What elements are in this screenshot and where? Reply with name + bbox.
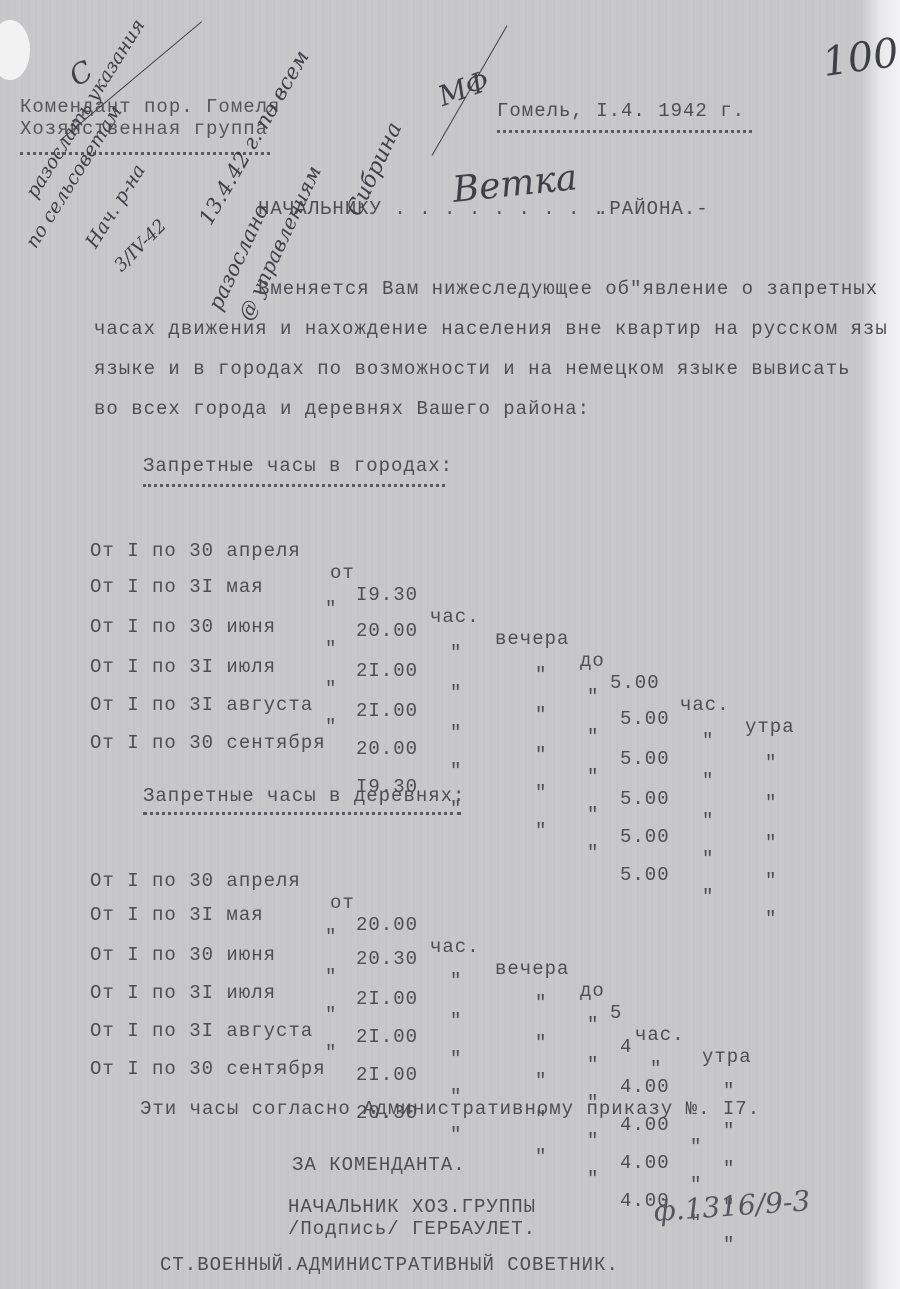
cell-from: от <box>330 892 355 914</box>
cell-morning: " <box>723 1158 735 1180</box>
cell-evening: " <box>535 704 547 726</box>
cell-end: 5.00 <box>620 826 670 848</box>
cell-to: " <box>587 1130 599 1152</box>
place-date: Гомель, I.4. 1942 г. <box>497 100 745 122</box>
cell-end: 5.00 <box>620 708 670 730</box>
cell-evening: " <box>535 744 547 766</box>
cell-start: 20.30 <box>356 948 418 970</box>
villages-heading: Запретные часы в деревнях: <box>143 785 465 807</box>
cell-evening: вечера <box>495 958 569 980</box>
cell-from: " <box>325 1042 337 1064</box>
cell-unit: " <box>450 722 462 744</box>
cell-from: от <box>330 562 355 584</box>
cell-from: " <box>325 716 337 738</box>
intro-line-1: Вменяется Вам нижеследующее об"явление о… <box>258 278 878 300</box>
cell-unit2: " <box>702 848 714 870</box>
cell-end: 5.00 <box>620 788 670 810</box>
cell-evening: " <box>535 664 547 686</box>
signature-line: /Подпись/ ГЕРБАУЛЕТ. <box>288 1218 536 1240</box>
chief-title: НАЧАЛЬНИК ХОЗ.ГРУППЫ <box>288 1196 536 1218</box>
cell-unit: " <box>450 642 462 664</box>
cell-unit: час. <box>430 606 480 628</box>
villages-heading-underline <box>143 812 461 815</box>
initials: МФ <box>434 64 494 113</box>
sender-line-1: Комендант пор. Гомеля <box>20 96 280 118</box>
cell-to: " <box>587 804 599 826</box>
cell-start: 2I.00 <box>356 660 418 682</box>
cell-unit2: час. <box>635 1024 685 1046</box>
cell-evening: вечера <box>495 628 569 650</box>
resolution-date: 3/IV-42 <box>110 215 171 276</box>
cell-start: 20.00 <box>356 914 418 936</box>
cell-start: I9.30 <box>356 584 418 606</box>
cell-unit2: " <box>702 886 714 908</box>
addressee-suffix: .РАЙОНА.- <box>597 198 709 220</box>
cell-unit: " <box>450 1048 462 1070</box>
cell-evening: " <box>535 992 547 1014</box>
cell-unit2: " <box>702 810 714 832</box>
cell-evening: " <box>535 1032 547 1054</box>
cell-morning: " <box>723 1120 735 1142</box>
cell-to: " <box>587 1014 599 1036</box>
cell-morning: утра <box>745 716 795 738</box>
cell-unit2: " <box>702 770 714 792</box>
cell-to: до <box>580 650 605 672</box>
cell-unit2: " <box>702 730 714 752</box>
cell-evening: " <box>535 782 547 804</box>
cell-to: " <box>587 1168 599 1190</box>
cell-unit: " <box>450 682 462 704</box>
intro-line-4: во всех города и деревнях Вашего района: <box>94 398 590 420</box>
date-underline <box>497 130 752 133</box>
cell-unit2: " <box>690 1136 702 1158</box>
cities-heading-underline <box>143 484 445 487</box>
cell-morning: " <box>723 1234 735 1256</box>
cell-start: 20.00 <box>356 620 418 642</box>
cell-unit: " <box>450 760 462 782</box>
cell-to: " <box>587 726 599 748</box>
official-title: СТ.ВОЕННЫЙ.АДМИНИСТРАТИВНЫЙ СОВЕТНИК. <box>160 1254 619 1276</box>
cell-end: 5 <box>610 1002 622 1024</box>
cell-unit: " <box>450 1010 462 1032</box>
cell-morning: утра <box>702 1046 752 1068</box>
cell-unit2: час. <box>680 694 730 716</box>
cell-period: От I по 30 сентября <box>90 1058 326 1080</box>
cell-start: 2I.00 <box>356 1064 418 1086</box>
cell-morning: " <box>765 832 777 854</box>
cell-from: " <box>325 638 337 660</box>
cell-morning: " <box>765 792 777 814</box>
cell-unit: час. <box>430 936 480 958</box>
cell-to: " <box>587 766 599 788</box>
cell-from: " <box>325 966 337 988</box>
cell-from: " <box>325 1004 337 1026</box>
archive-reference: ф.1316/9-3 <box>653 1184 812 1228</box>
cell-start: 2I.00 <box>356 700 418 722</box>
cell-unit: " <box>450 970 462 992</box>
page-number: 100 <box>820 30 900 86</box>
cell-evening: " <box>535 1070 547 1092</box>
intro-line-3: языке и в городах по возможности и на не… <box>94 358 851 380</box>
cell-end: 4.00 <box>620 1152 670 1174</box>
order-note: Эти часы согласно Административному прик… <box>140 1098 760 1120</box>
cell-from: " <box>325 598 337 620</box>
cell-start: 20.00 <box>356 738 418 760</box>
cell-to: " <box>587 1054 599 1076</box>
cities-heading: Запретные часы в городах: <box>143 455 453 477</box>
cell-start: 2I.00 <box>356 988 418 1010</box>
cell-end: 5.00 <box>620 864 670 886</box>
cell-to: " <box>587 686 599 708</box>
cell-from: " <box>325 678 337 700</box>
cell-end: 5.00 <box>610 672 660 694</box>
cell-evening: " <box>535 1146 547 1168</box>
cell-start: 2I.00 <box>356 1026 418 1048</box>
cell-period: От I по 30 сентября <box>90 732 326 754</box>
cell-end: 5.00 <box>620 748 670 770</box>
cell-morning: " <box>765 752 777 774</box>
document-page: 100 Комендант пор. Гомеля Хозяйственная … <box>0 0 900 1289</box>
cell-unit: " <box>450 1124 462 1146</box>
for-commandant: ЗА КОМЕНДАНТА. <box>292 1154 466 1176</box>
cell-to: " <box>587 842 599 864</box>
paper-blot <box>0 20 30 80</box>
cell-morning: " <box>765 870 777 892</box>
cell-morning: " <box>765 908 777 930</box>
cell-to: до <box>580 980 605 1002</box>
intro-line-2: часах движения и нахождение населения вн… <box>94 318 888 340</box>
cell-evening: " <box>535 820 547 842</box>
table-row: От I по 30 сентября 20.30 " " " 4.00 " " <box>90 1036 164 1278</box>
cell-end: 4.00 <box>620 1076 670 1098</box>
cell-end: 4 <box>620 1036 632 1058</box>
cell-from: " <box>325 926 337 948</box>
